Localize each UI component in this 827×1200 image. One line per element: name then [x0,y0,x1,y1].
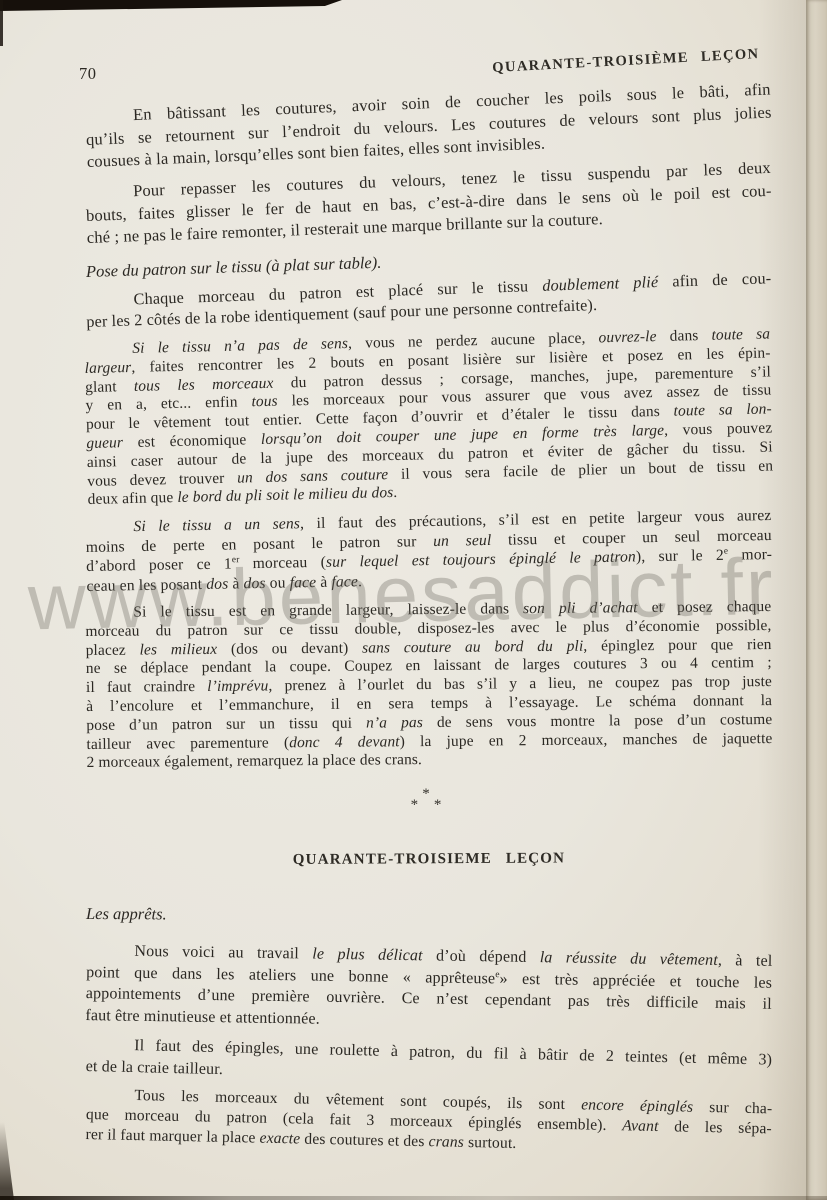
body-text: vous devez trouver [87,469,237,489]
body-text: ), sur le 2 [636,547,724,566]
body-text: mor- [728,546,772,564]
italic-text: dos [243,575,265,592]
body-text: sur cha- [693,1099,772,1118]
body-text: de sens vous montre la pose d’un costume [423,711,773,731]
body-text: tailleur avec parementure ( [86,734,289,753]
scan-edge-left [0,0,3,46]
italic-text: dos [206,575,228,592]
italic-text: un seul [433,532,492,550]
body-text: deux afin que [87,489,177,508]
paragraph: Pour repasser les coutures du velours, t… [85,156,773,249]
body-text: à [228,575,243,592]
italic-text: un dos sans couture [237,466,388,486]
body-text: placez [86,641,140,658]
body-text: il faut craindre [86,678,207,696]
body-text: ) la jupe en 2 morceaux, manches de jaqu… [400,730,773,750]
italic-text: tous [251,393,278,411]
body-text: rer il faut marquer la place [85,1126,259,1147]
italic-text: donc 4 devant [289,733,400,751]
section-heading: QUARANTE-TROISIEME LEÇON [86,850,772,871]
paragraph: En bâtissant les coutures, avoir soin de… [85,78,773,173]
italic-text: face [290,574,317,591]
body-text: , prenez à l’ourlet du bas s’il y a lieu… [268,673,772,694]
body-text: de les sépa- [658,1118,772,1137]
italic-text: gueur [86,434,123,452]
italic-text: le bord du pli soit le milieu du dos [177,484,393,506]
asterism-divider: ** * [86,789,772,811]
body-text: dans [656,327,711,345]
paragraph: Tous les morceaux du vêtement sont coupé… [85,1085,772,1159]
body-text: des coutures et des [300,1131,429,1151]
body-text: morceau ( [239,554,326,573]
subsection-heading: Les apprêts. [86,904,772,928]
body-text: afin de cou- [658,269,772,291]
body-text: Si le tissu est en grande largeur, laiss… [133,600,523,620]
italic-text: sans couture au bord du pli [362,637,583,656]
italic-text: sur lequel est toujours épinglé le patro… [326,549,636,571]
italic-text: n’a pas [366,714,423,731]
italic-text: crans [428,1134,464,1152]
body-text: ceau en les posant [86,576,206,595]
italic-text: Si le tissu a un sens [133,515,300,535]
italic-text: l’imprévu [207,678,268,696]
running-head: QUARANTE-TROISIÈME LEÇON [492,46,760,77]
italic-text: le plus délicat [312,946,423,965]
paragraph: Il faut des épingles, une roulette à pat… [86,1034,773,1093]
paragraph: Si le tissu a un sens, il faut des préca… [85,506,772,596]
body-text: , vous pouvez [664,419,772,438]
page-content: En bâtissant les coutures, avoir soin de… [86,106,772,1153]
italic-text: exacte [259,1130,300,1148]
asterism-row: * * [86,800,772,811]
body-text: et de la craie tailleur. [86,1058,224,1078]
body-text: , épinglez pour que rien [583,636,771,655]
page-edge-right [806,0,827,1200]
body-text: surtout. [464,1134,517,1152]
body-text: 2 morceaux également, remarquez la place… [87,752,423,772]
italic-text: face [331,573,358,590]
italic-text: encore épinglés [581,1097,693,1116]
book-page: 70 QUARANTE-TROISIÈME LEÇON www.benesadd… [0,0,827,1200]
italic-text: Avant [622,1118,659,1136]
body-text: (dos ou devant) [217,639,362,657]
body-text: est économique [123,431,261,451]
body-text: glant [85,377,134,395]
body-text: à [316,573,331,590]
body-text: ou [266,574,290,591]
italic-text: son pli d’achat [523,599,638,617]
body-text: Nous voici au travail [134,943,312,963]
italic-text: doublement plié [542,273,659,295]
body-text: . [393,484,397,501]
scan-edge-corner-bottom-left [0,1122,14,1200]
body-text: » est très appréciée et touche les [499,970,772,991]
scan-edge-top [0,0,342,11]
body-text: d’où dépend [423,948,540,967]
page-number: 70 [79,64,97,84]
paragraph: Nous voici au travail le plus délicat d’… [85,940,772,1037]
body-text: faut être minutieuse et attentionnée. [85,1007,320,1028]
paragraph: Si le tissu n’a pas de sens, vous ne per… [84,325,774,510]
italic-text: tous les morceaux [134,374,274,394]
italic-text: la réussite du vêtement [540,949,718,969]
italic-text: largeur [85,359,132,377]
body-text: et posez chaque [638,598,772,616]
body-text: , à tel [718,952,773,970]
body-text: d’abord poser ce 1 [86,556,232,576]
paragraph: Si le tissu est en grande largeur, laiss… [85,598,772,773]
body-text: . [358,573,362,590]
body-text: pose d’un patron sur un tissu qui [86,715,366,734]
scan-edge-bottom [0,1196,827,1200]
body-text: y en a, etc... enfin [85,394,251,415]
italic-text: toute sa lon- [673,401,772,420]
italic-text: toute sa [711,325,770,343]
italic-text: les milieux [140,641,218,659]
italic-text: ouvrez-le [598,328,656,346]
